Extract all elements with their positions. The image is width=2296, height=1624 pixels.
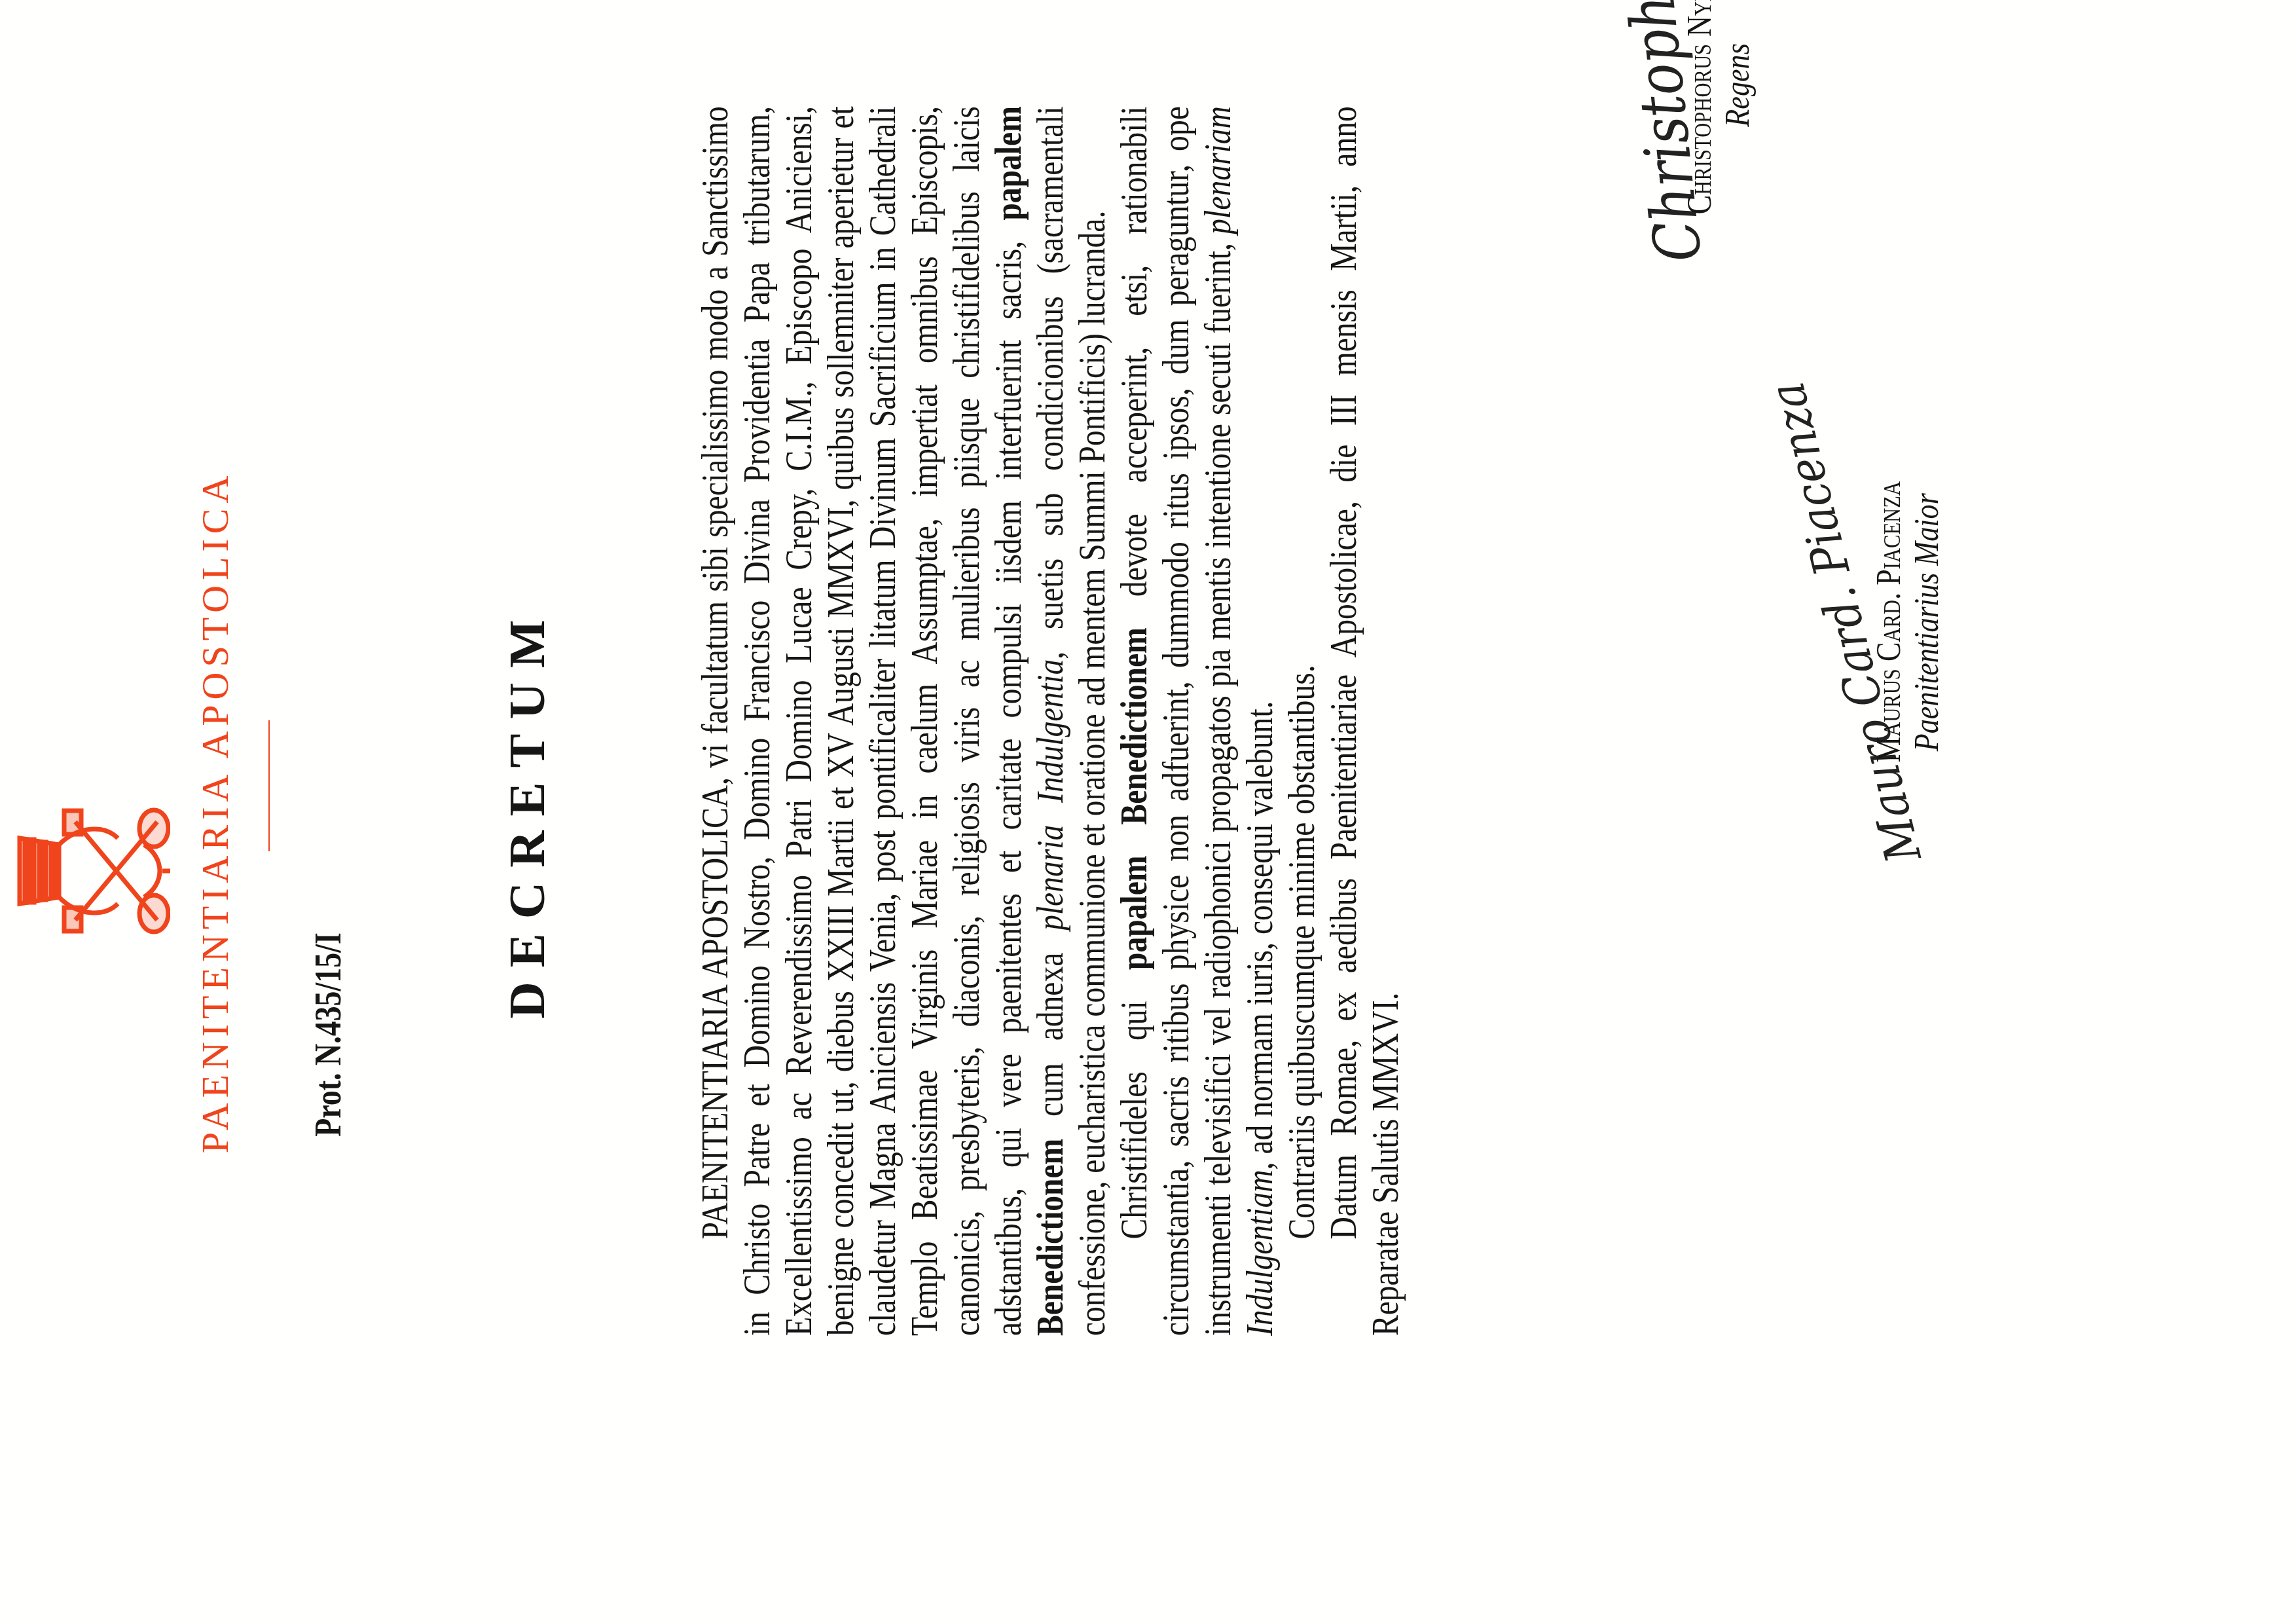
signatory-name: Maurus Card. Piacenza: [1870, 481, 1908, 762]
emphasis-plenary-indulgence: plenaria Indulgentia: [1029, 659, 1071, 931]
paragraph-media-participation: Christifideles qui papalem Benedictionem…: [1113, 106, 1281, 1336]
paragraph-contrariis: Contrariis quibuscumque minime obstantib…: [1281, 106, 1322, 1336]
papal-crest-icon: [13, 799, 170, 943]
paragraph-datum: Datum Romae, ex aedibus Paenitentiariae …: [1322, 106, 1406, 1336]
emphasis-papal-blessing: papalem Benedictionem: [1112, 627, 1155, 970]
decree-page: PAENITENTIARIA APOSTOLICA Prot. N.435/15…: [0, 0, 2296, 1624]
signatory-role: Paenitentiarius Maior: [1908, 493, 1946, 751]
letterhead-divider: [268, 720, 270, 851]
protocol-number: Prot. N.435/15/I: [308, 551, 350, 1518]
signatory-name: Christophorus Nykiel: [1681, 0, 1719, 214]
paragraph-grant: PAENITENTIARIA APOSTOLICA, vi facultatum…: [694, 106, 1113, 1336]
signature-block-major-penitentiary: Mauro Card. Piacenza Maurus Card. Piacen…: [1827, 327, 1946, 917]
decree-body: PAENITENTIARIA APOSTOLICA, vi facultatum…: [694, 105, 1406, 1336]
document-title: DECRETUM: [498, 0, 556, 1624]
signature-block-regent: Christophorus Nykiel Christophorus Nykie…: [1630, 0, 1757, 314]
signatory-role: Regens: [1719, 43, 1757, 127]
office-name: PAENITENTIARIA APOSTOLICA: [193, 0, 237, 1624]
